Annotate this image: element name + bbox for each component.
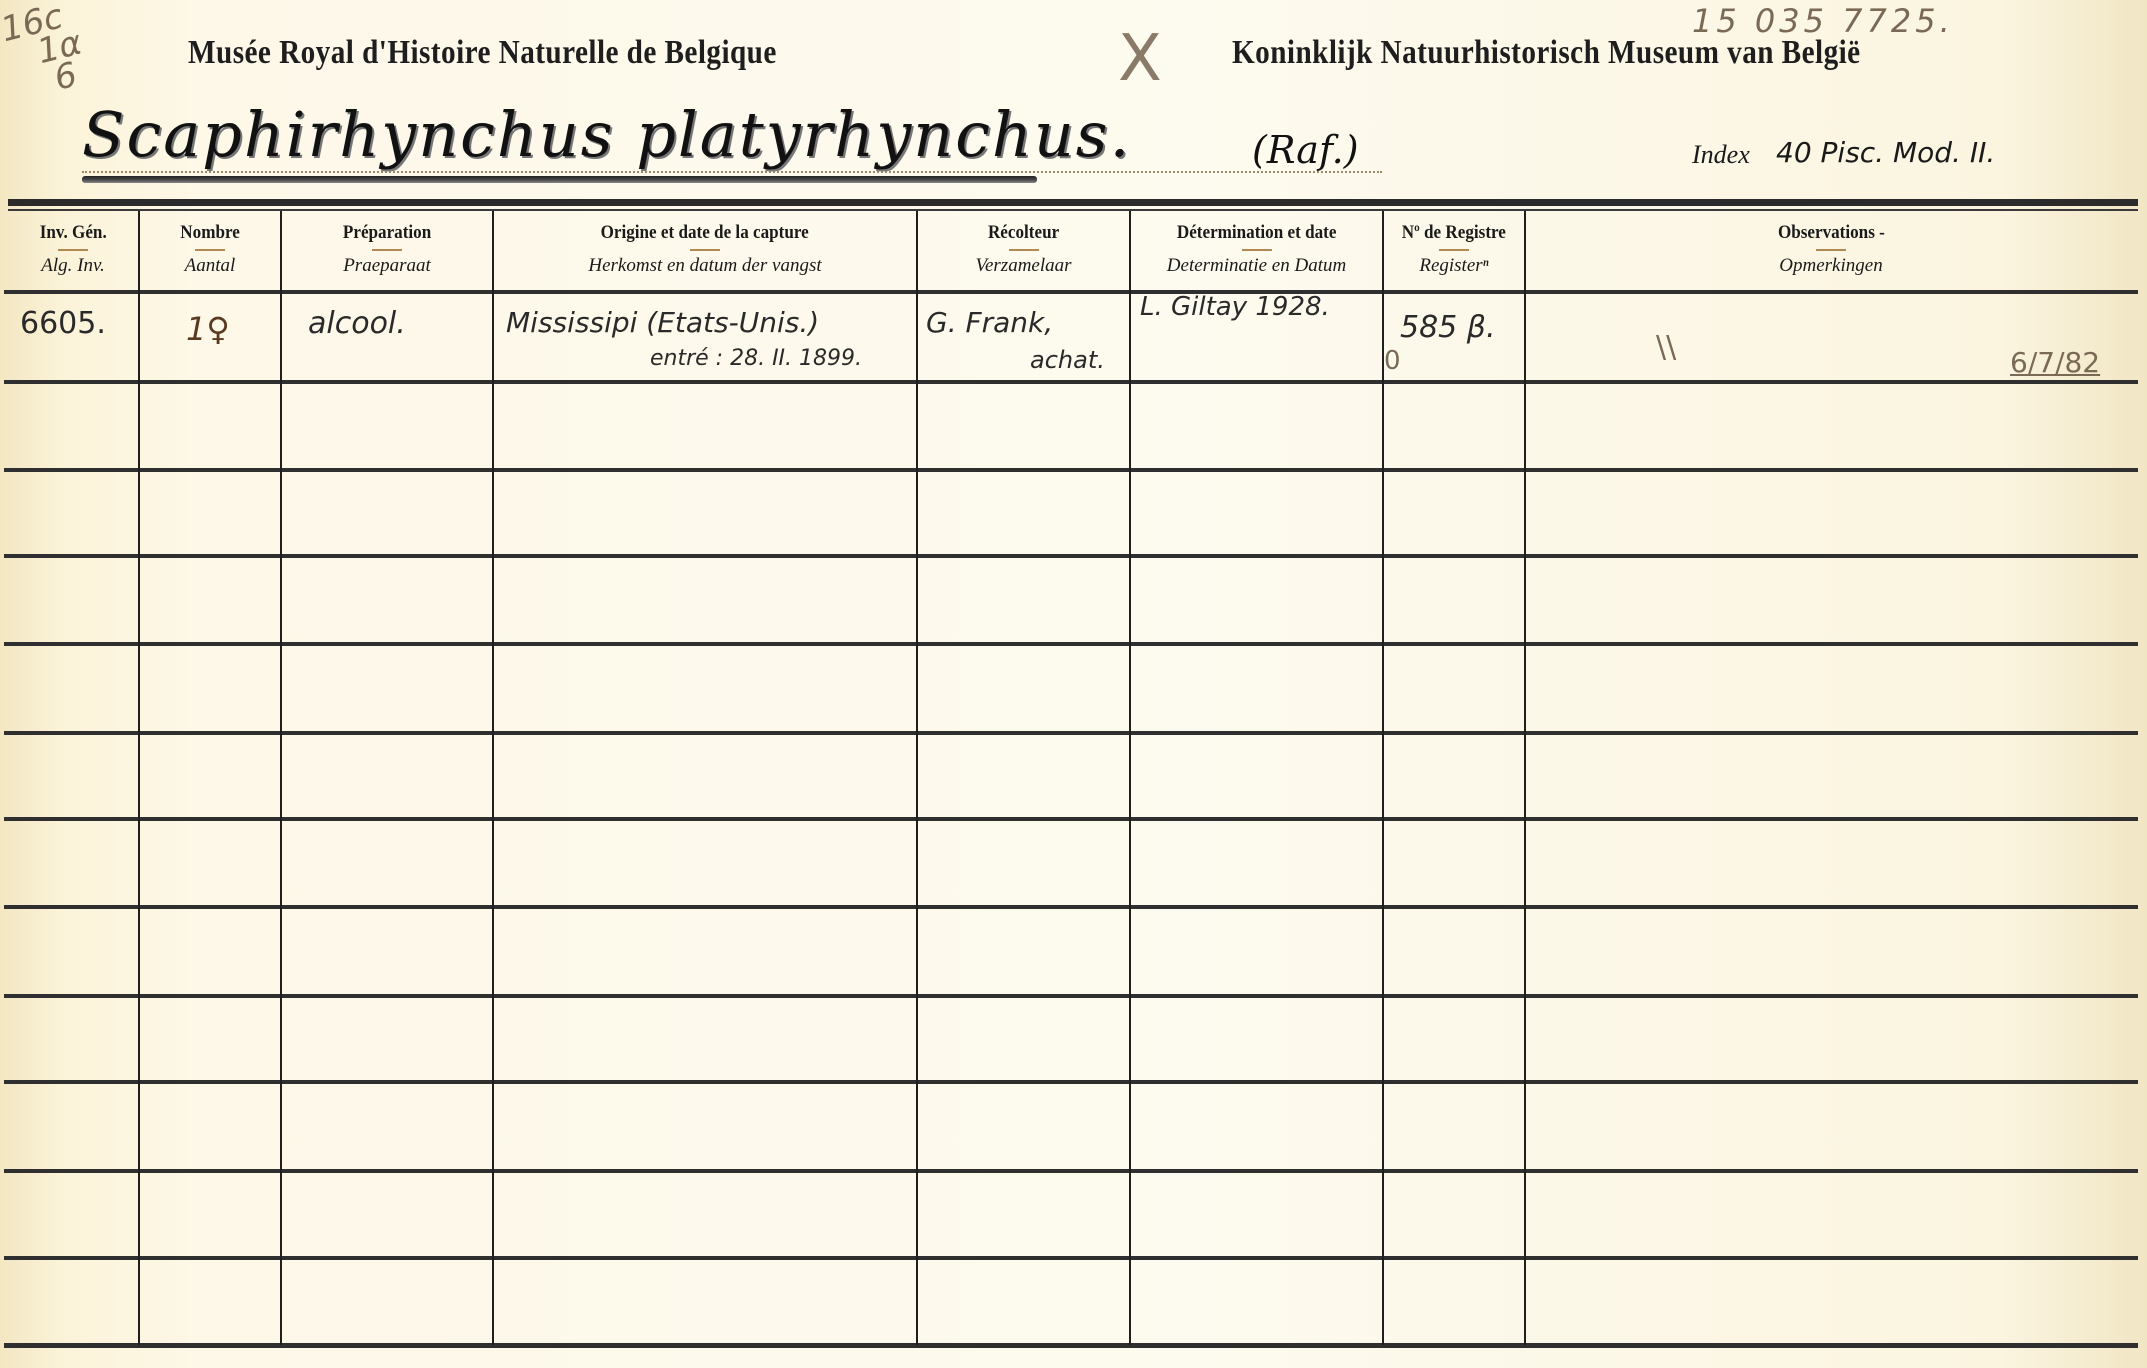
column-header-nl: Verzamelaar (975, 255, 1071, 277)
row-divider (4, 1256, 2138, 1260)
column-header-nl: Registerⁿ (1419, 255, 1488, 277)
column-header-nl: Praeparaat (343, 255, 431, 277)
header-separator (195, 249, 225, 251)
column-divider (1129, 211, 1131, 1345)
column-header-recolteur: Récolteur Verzamelaar (918, 218, 1129, 288)
column-divider (492, 211, 494, 1345)
column-header-nl: Opmerkingen (1779, 255, 1882, 277)
column-header-fr: Inv. Gén. (39, 222, 106, 244)
cell-origine-line2: entré : 28. II. 1899. (650, 346, 862, 371)
table-top-rule (8, 199, 2138, 206)
header-separator (58, 249, 88, 251)
species-author: (Raf.) (1252, 128, 1359, 172)
pencil-note-line: 6 (52, 57, 92, 94)
cell-registre-pencil-mark: 0 (1384, 346, 1401, 376)
column-header-nl: Alg. Inv. (41, 255, 105, 277)
row-divider (4, 642, 2138, 646)
cell-determination: L. Giltay 1928. (1140, 292, 1330, 322)
cell-observations-mark: \\ (1656, 330, 1676, 365)
cell-registre: 585 β. (1400, 310, 1495, 345)
column-header-fr: Observations - (1778, 222, 1885, 244)
header-separator (372, 249, 402, 251)
column-header-nl: Aantal (185, 255, 236, 277)
index-value: 40 Pisc. Mod. II. (1776, 136, 1995, 169)
header-separator (1816, 249, 1846, 251)
header-separator (1009, 249, 1039, 251)
cell-origine-line1: Mississipi (Etats-Unis.) (506, 306, 819, 339)
cell-observations-date: 6/7/82 (2010, 346, 2100, 379)
cell-inv: 6605. (20, 306, 106, 341)
header-separator (1439, 249, 1469, 251)
column-header-fr: Nº de Registre (1402, 222, 1506, 244)
column-header-fr: Préparation (343, 222, 431, 244)
row-divider (4, 817, 2138, 821)
pencil-x-mark: X (1118, 22, 1162, 96)
column-header-fr: Récolteur (988, 222, 1059, 244)
table-bottom-rule (4, 1343, 2138, 1348)
header-separator (690, 249, 720, 251)
table-top-rule-thin (8, 209, 2138, 211)
column-header-preparation: Préparation Praeparaat (282, 218, 492, 288)
institution-name-nl: Koninklijk Natuurhistorisch Museum van B… (1232, 34, 1861, 72)
row-divider (4, 380, 2138, 384)
row-divider (4, 731, 2138, 735)
row-divider (4, 1080, 2138, 1084)
cell-recolteur-line1: G. Frank, (926, 306, 1053, 339)
column-header-nl: Determinatie en Datum (1167, 255, 1346, 277)
pencil-note-top-left: 16c 1α 6 (0, 0, 92, 104)
row-divider (4, 1169, 2138, 1173)
column-header-determination: Détermination et date Determinatie en Da… (1131, 218, 1382, 288)
column-divider (916, 211, 918, 1345)
column-header-origine: Origine et date de la capture Herkomst e… (494, 218, 916, 288)
column-header-fr: Détermination et date (1177, 222, 1337, 244)
row-divider (4, 468, 2138, 472)
column-header-inv: Inv. Gén. Alg. Inv. (8, 218, 138, 288)
column-header-fr: Origine et date de la capture (601, 222, 809, 244)
row-divider (4, 554, 2138, 558)
species-name: Scaphirhynchus platyrhynchus. (82, 98, 1131, 171)
header-separator (1242, 249, 1272, 251)
column-header-fr: Nombre (180, 222, 240, 244)
column-header-observations: Observations - Opmerkingen (1526, 218, 2136, 288)
index-label: Index (1692, 140, 1750, 170)
row-divider (4, 905, 2138, 909)
cell-preparation: alcool. (308, 306, 406, 341)
species-dotted-baseline (82, 171, 1382, 173)
cell-recolteur-line2: achat. (1030, 346, 1105, 374)
row-divider (4, 290, 2138, 294)
row-divider (4, 994, 2138, 998)
column-divider (1524, 211, 1526, 1345)
column-divider (280, 211, 282, 1345)
species-underline (82, 176, 1037, 183)
cell-nombre: 1♀ (186, 310, 230, 348)
column-header-registre: Nº de Registre Registerⁿ (1384, 218, 1524, 288)
institution-name-fr: Musée Royal d'Histoire Naturelle de Belg… (188, 34, 777, 72)
specimen-record-card: 16c 1α 6 X 15 035 7725. Musée Royal d'Hi… (0, 0, 2147, 1368)
column-divider (1382, 211, 1384, 1345)
column-divider (138, 211, 140, 1345)
column-header-nombre: Nombre Aantal (140, 218, 280, 288)
column-header-nl: Herkomst en datum der vangst (588, 255, 821, 277)
